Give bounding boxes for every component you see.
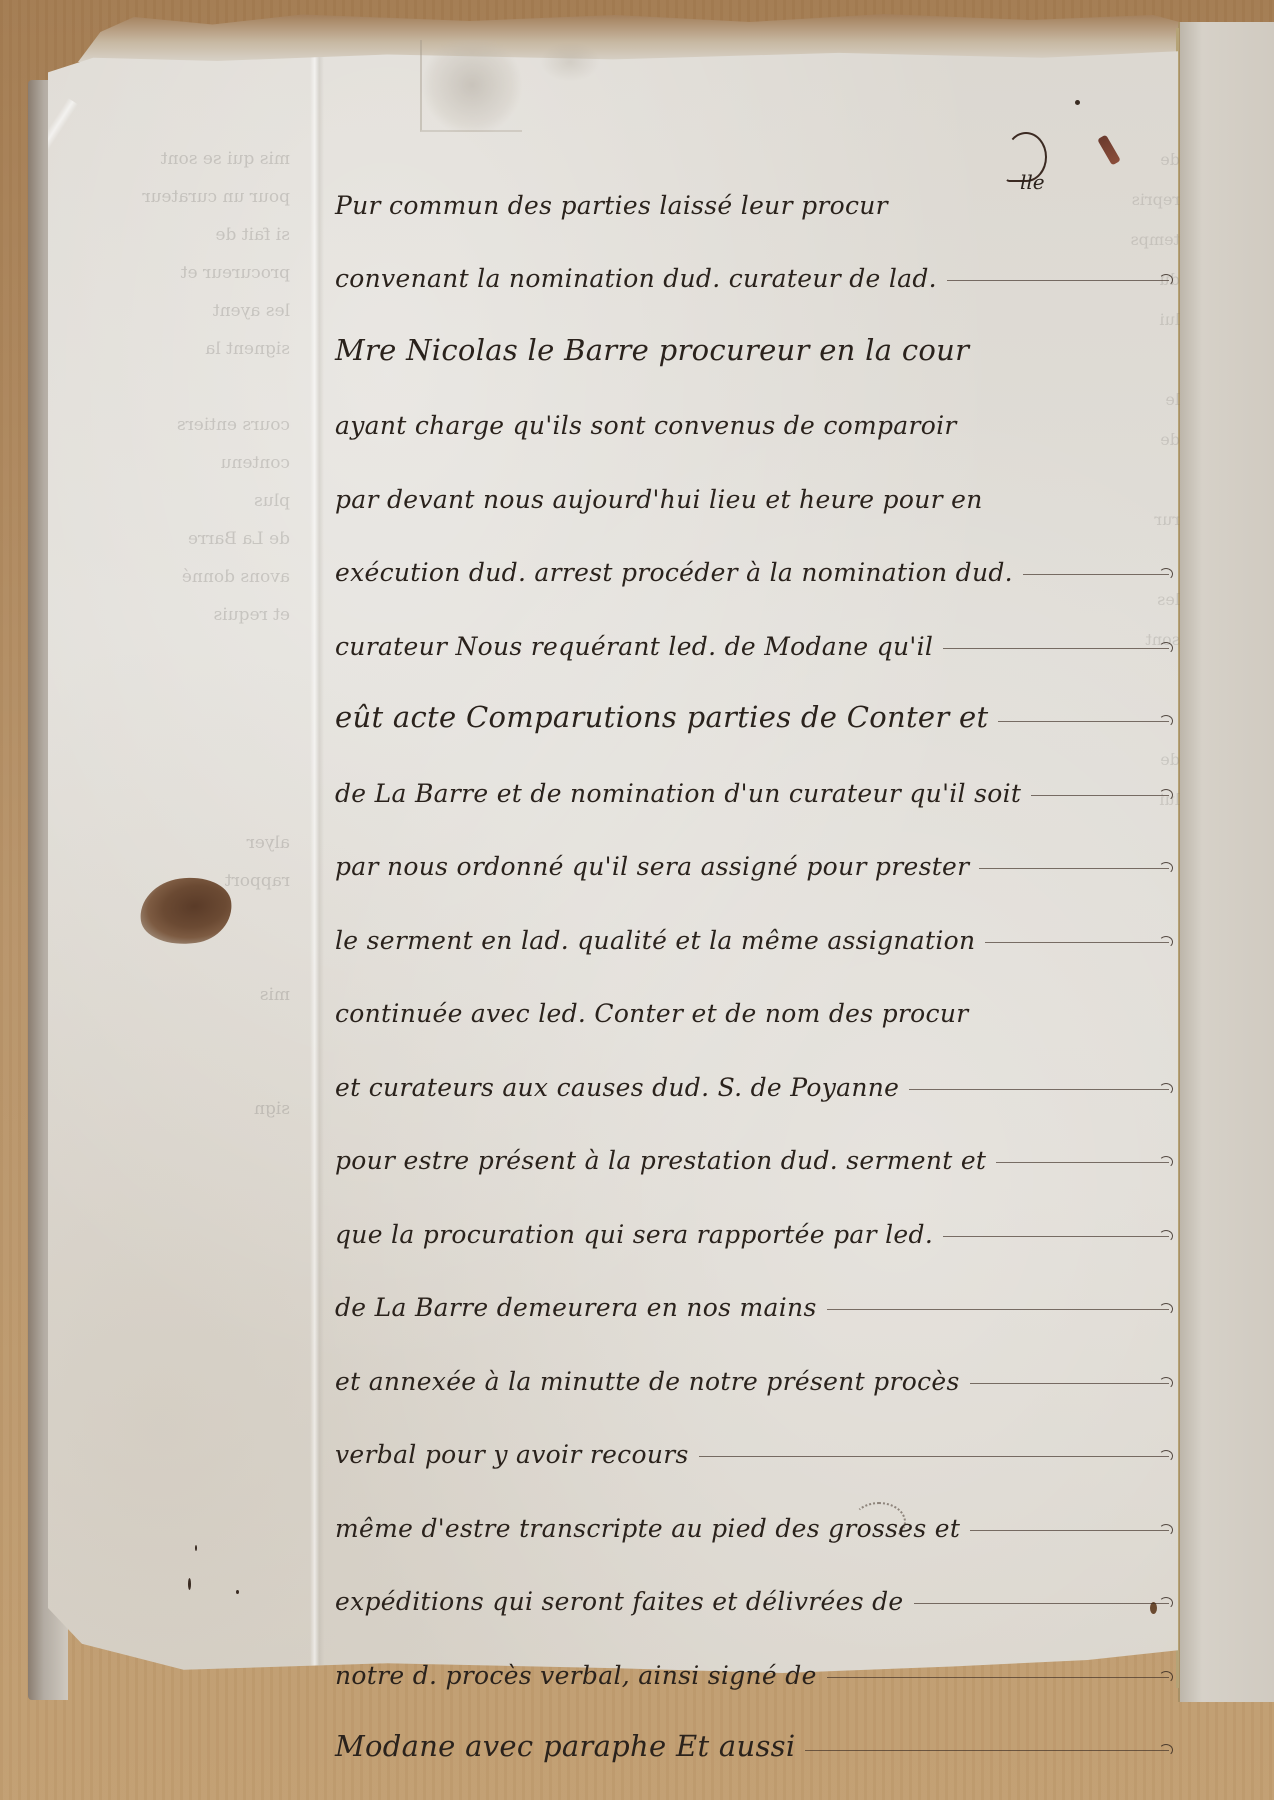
manuscript-line: que la procuration qui sera rapportée pa…	[335, 1197, 1175, 1271]
manuscript-line: expéditions qui seront faites et délivré…	[335, 1565, 1175, 1639]
manuscript-line: curateur Nous requérant led. de Modane q…	[335, 609, 1175, 683]
embossed-stamp-mark	[540, 42, 600, 82]
line-text: de La Barre et de nomination d'un curate…	[335, 779, 1021, 830]
manuscript-line: continuée avec led. Conter et de nom des…	[335, 977, 1175, 1051]
line-text: ayant charge qu'ils sont convenus de com…	[335, 411, 957, 462]
line-text: le serment en lad. qualité et la même as…	[335, 926, 975, 977]
line-text: par devant nous aujourd'hui lieu et heur…	[335, 485, 983, 536]
manuscript-line: de La Barre et de nomination d'un curate…	[335, 756, 1175, 830]
manuscript-line: eût acte Comparutions parties de Conter …	[335, 683, 1175, 757]
line-text: pour estre présent à la prestation dud. …	[335, 1146, 986, 1197]
manuscript-line: de La Barre demeurera en nos mains	[335, 1271, 1175, 1345]
manuscript-line: même d'estre transcripte au pied des gro…	[335, 1491, 1175, 1565]
line-filler-stroke	[970, 1383, 1169, 1384]
line-text: continuée avec led. Conter et de nom des…	[335, 999, 968, 1050]
line-filler-stroke	[947, 280, 1169, 281]
line-text: et curateurs aux causes dud. S. de Poyan…	[335, 1073, 899, 1124]
line-filler-stroke	[827, 1677, 1169, 1678]
line-filler-stroke	[979, 868, 1169, 869]
line-filler-stroke	[943, 648, 1169, 649]
manuscript-line: par nous ordonné qu'il sera assigné pour…	[335, 830, 1175, 904]
line-text: Modane avec paraphe Et aussi	[335, 1729, 795, 1785]
vertical-fold-crease	[310, 48, 324, 1673]
line-text: notre d. procès verbal, ainsi signé de	[335, 1661, 817, 1712]
line-text: que la procuration qui sera rapportée pa…	[335, 1220, 933, 1271]
line-text: verbal pour y avoir recours	[335, 1440, 689, 1491]
line-text: exécution dud. arrest procéder à la nomi…	[335, 558, 1013, 609]
manuscript-line: verbal pour y avoir recours	[335, 1418, 1175, 1492]
line-text: et annexée à la minutte de notre présent…	[335, 1367, 960, 1418]
manuscript-line: convenant la nomination dud. curateur de…	[335, 242, 1175, 316]
ink-speck	[188, 1578, 191, 1590]
line-filler-stroke	[699, 1456, 1169, 1457]
line-text: de La Barre demeurera en nos mains	[335, 1293, 817, 1344]
manuscript-line: Pur commun des parties laissé leur procu…	[335, 168, 1175, 242]
line-filler-stroke	[943, 1236, 1169, 1237]
manuscript-text-block: Pur commun des parties laissé leur procu…	[335, 168, 1175, 1785]
manuscript-line: par devant nous aujourd'hui lieu et heur…	[335, 462, 1175, 536]
ink-speck	[1075, 100, 1080, 105]
line-text: curateur Nous requérant led. de Modane q…	[335, 632, 933, 683]
line-filler-stroke	[909, 1089, 1169, 1090]
line-text: par nous ordonné qu'il sera assigné pour…	[335, 852, 969, 903]
manuscript-line: et annexée à la minutte de notre présent…	[335, 1344, 1175, 1418]
line-filler-stroke	[996, 1162, 1169, 1163]
ink-speck	[236, 1590, 239, 1594]
line-filler-stroke	[1023, 574, 1169, 575]
line-text: Mre Nicolas le Barre procureur en la cou…	[335, 333, 969, 389]
line-filler-stroke	[1031, 795, 1169, 796]
embossed-tax-stamp	[420, 40, 522, 132]
line-filler-stroke	[805, 1750, 1169, 1751]
ink-speck	[195, 1545, 197, 1551]
manuscript-line: ayant charge qu'ils sont convenus de com…	[335, 389, 1175, 463]
manuscript-line: notre d. procès verbal, ainsi signé de	[335, 1638, 1175, 1712]
line-text: expéditions qui seront faites et délivré…	[335, 1587, 904, 1638]
manuscript-line: le serment en lad. qualité et la même as…	[335, 903, 1175, 977]
line-filler-stroke	[985, 942, 1169, 943]
manuscript-line: Mre Nicolas le Barre procureur en la cou…	[335, 315, 1175, 389]
line-text: eût acte Comparutions parties de Conter …	[335, 700, 988, 756]
line-filler-stroke	[914, 1603, 1169, 1604]
manuscript-line: Modane avec paraphe Et aussi	[335, 1712, 1175, 1786]
line-filler-stroke	[970, 1530, 1169, 1531]
line-text: convenant la nomination dud. curateur de…	[335, 264, 937, 315]
line-text: même d'estre transcripte au pied des gro…	[335, 1514, 960, 1565]
manuscript-line: pour estre présent à la prestation dud. …	[335, 1124, 1175, 1198]
manuscript-line: et curateurs aux causes dud. S. de Poyan…	[335, 1050, 1175, 1124]
line-text: Pur commun des parties laissé leur procu…	[335, 191, 888, 242]
line-filler-stroke	[827, 1309, 1169, 1310]
adjacent-page-right	[1178, 22, 1274, 1702]
line-filler-stroke	[998, 721, 1169, 722]
manuscript-line: exécution dud. arrest procéder à la nomi…	[335, 536, 1175, 610]
